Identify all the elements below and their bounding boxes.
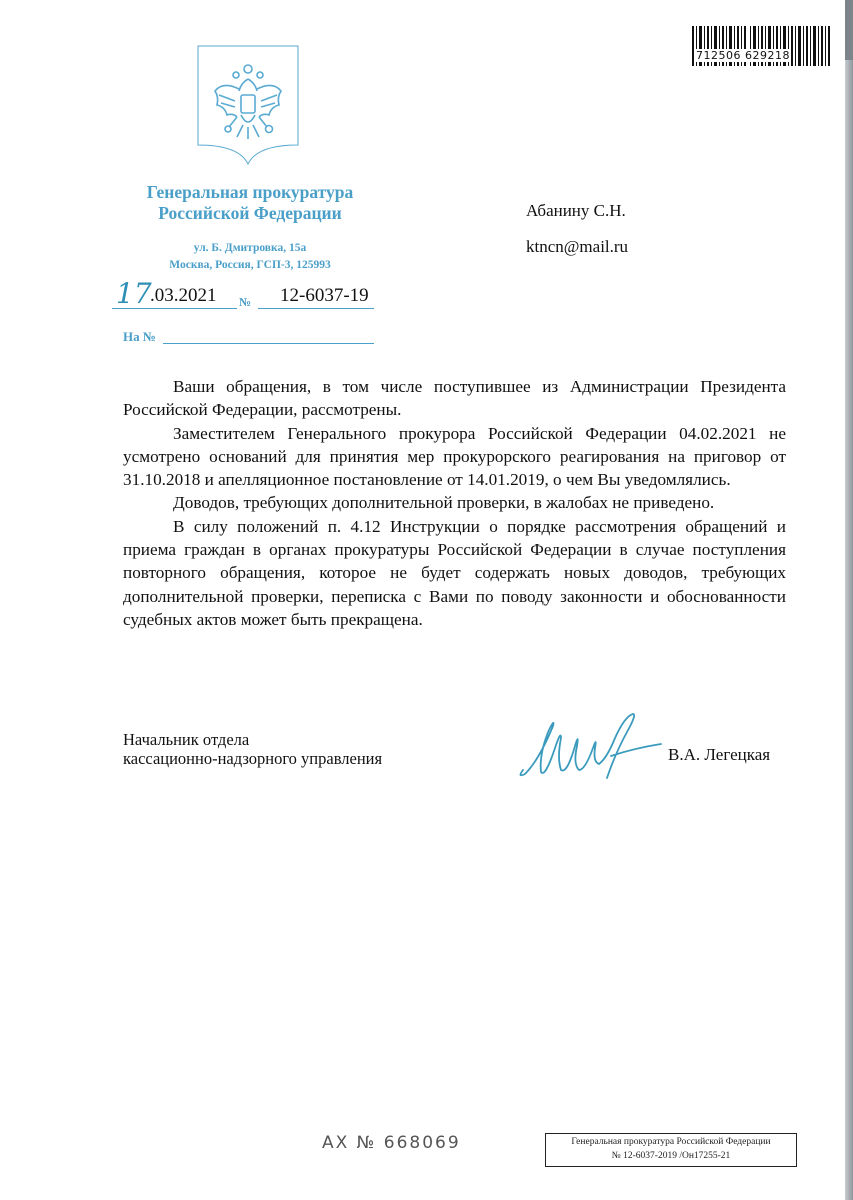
number-label: № [239, 295, 251, 310]
body-paragraph: Доводов, требующих дополнительной провер… [123, 491, 786, 514]
coat-of-arms-icon [197, 45, 299, 165]
addressee-name: Абанину С.Н. [526, 193, 628, 229]
addressee-block: Абанину С.Н. ktncn@mail.ru [526, 193, 628, 265]
organization-name: Генеральная прокуратура Российской Федер… [110, 182, 390, 224]
signer-role-line2: кассационно-надзорного управления [123, 749, 382, 768]
org-name-line1: Генеральная прокуратура [110, 182, 390, 203]
handwritten-day: 17 [116, 277, 152, 310]
body-paragraph: Ваши обращения, в том числе поступившее … [123, 375, 786, 422]
org-name-line2: Российской Федерации [110, 203, 390, 224]
signer-role-line1: Начальник отдела [123, 730, 382, 749]
scan-edge [845, 0, 853, 1200]
barcode-number: 712506 629218 [695, 49, 791, 62]
form-series-number: АХ № 668069 [322, 1133, 461, 1153]
body-paragraph: Заместителем Генерального прокурора Росс… [123, 422, 786, 492]
scan-edge-top [845, 0, 853, 60]
document-date: .03.2021 [150, 285, 217, 307]
letter-body: Ваши обращения, в том числе поступившее … [123, 375, 786, 631]
stamp-line2: № 12-6037-2019 /Он17255-21 [546, 1149, 796, 1163]
organization-address: ул. Б. Дмитровка, 15а Москва, Россия, ГС… [110, 240, 390, 274]
signer-name: В.А. Легецкая [668, 745, 770, 765]
addressee-email: ktncn@mail.ru [526, 229, 628, 265]
number-underline [258, 308, 374, 309]
reply-to-underline [163, 343, 374, 344]
signer-role: Начальник отдела кассационно-надзорного … [123, 730, 382, 768]
address-line2: Москва, Россия, ГСП-3, 125993 [110, 257, 390, 274]
document-number: 12-6037-19 [280, 285, 369, 307]
stamp-line1: Генеральная прокуратура Российской Федер… [546, 1135, 796, 1149]
date-underline [112, 308, 237, 309]
reply-to-label: На № [123, 329, 156, 345]
handwritten-signature-icon [515, 708, 665, 783]
registration-stamp: Генеральная прокуратура Российской Федер… [545, 1133, 797, 1167]
address-line1: ул. Б. Дмитровка, 15а [110, 240, 390, 257]
body-paragraph: В силу положений п. 4.12 Инструкции о по… [123, 515, 786, 631]
